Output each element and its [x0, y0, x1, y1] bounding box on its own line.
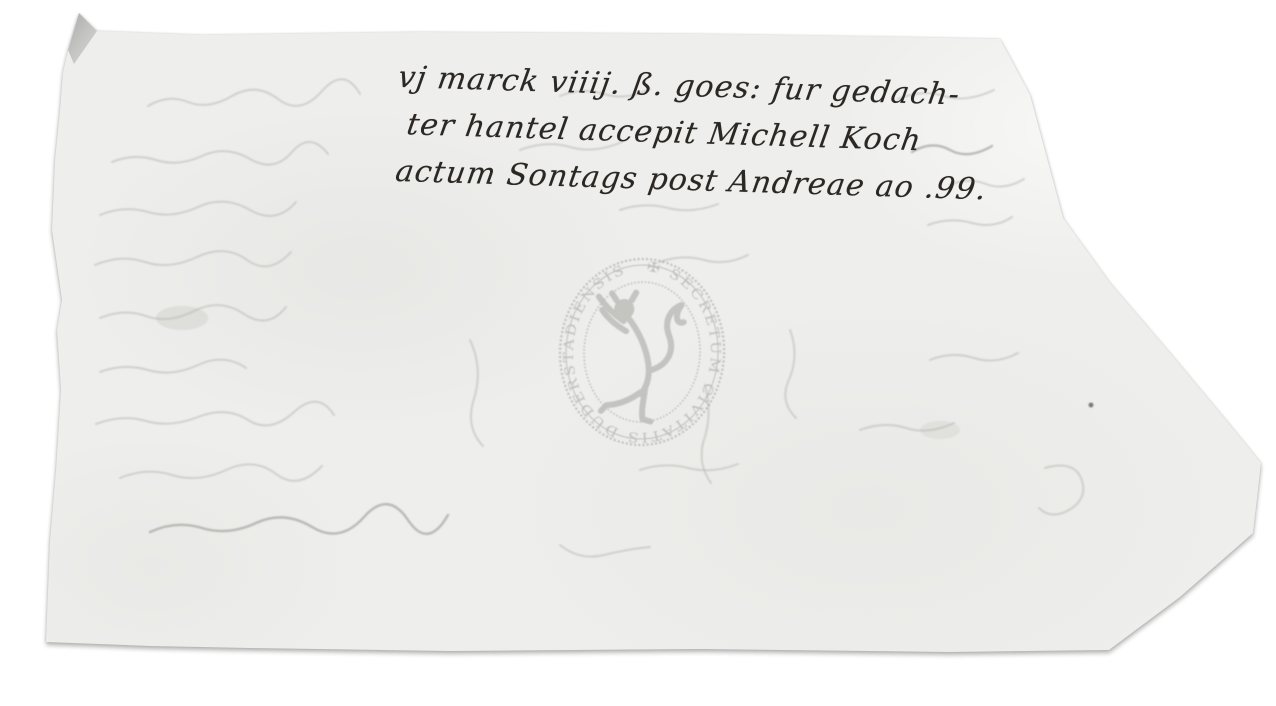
city-seal-stamp: ✠ SECRETUM CIVITATIS DUDERSTADIENSIS — [551, 250, 733, 457]
handwritten-note: vj marck viiij. ß. goes: fur gedach- ter… — [380, 54, 1005, 213]
paper-fragment: vj marck viiij. ß. goes: fur gedach- ter… — [0, 0, 1276, 706]
paper-shadow: vj marck viiij. ß. goes: fur gedach- ter… — [0, 0, 1276, 706]
lion-rampant-icon — [593, 291, 686, 423]
scanned-document: vj marck viiij. ß. goes: fur gedach- ter… — [0, 0, 1276, 706]
